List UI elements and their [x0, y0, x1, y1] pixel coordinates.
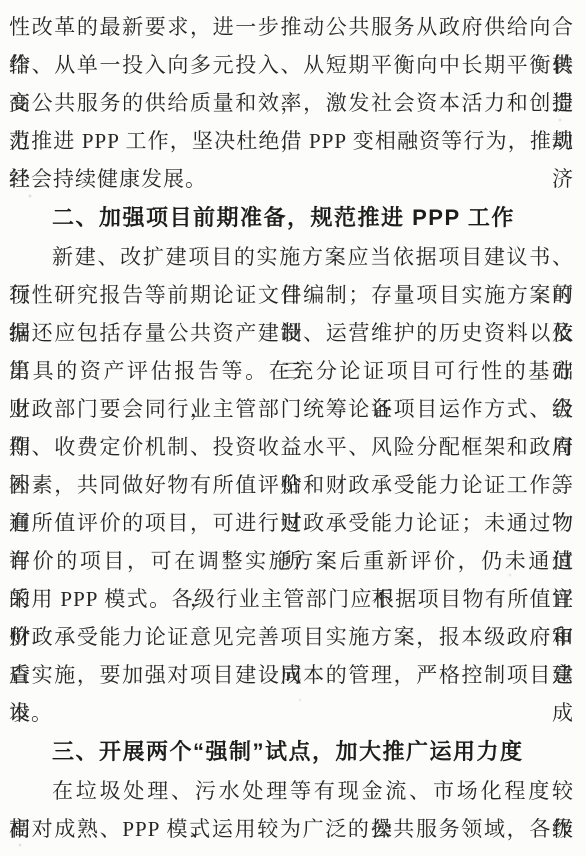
section-heading: 二、加强项目前期准备，规范推进 PPP 工作	[9, 198, 574, 238]
text-line: 性改革的最新要求，进一步推动公共服务从政府供给向合作供	[9, 8, 574, 46]
text-line: 给、从单一投入向多元投入、从短期平衡向中长期平衡转变，提	[9, 46, 574, 84]
text-line: 财政部门要会同行业主管部门统筹论证项目运作方式、合作周	[9, 390, 574, 428]
text-line: 相对成熟、PPP 模式运用较为广泛的公共服务领域，各级行业	[9, 810, 574, 848]
text-line: 财政承受能力论证意见完善项目实施方案，报本级政府审查同意	[9, 618, 574, 656]
text-line: 后实施，要加强对项目建设成本的管理，严格控制项目建设成	[9, 656, 574, 694]
text-line: 在垃圾处理、污水处理等有现金流、市场化程度较高、操作	[9, 772, 574, 810]
text-line: 高公共服务的供给质量和效率，激发社会资本活力和创造力，规	[9, 84, 574, 122]
text-line: 采用 PPP 模式。各级行业主管部门应根据项目物有所值评价和	[9, 580, 574, 618]
section-heading: 三、开展两个“强制”试点，加大推广运用力度	[9, 732, 574, 772]
document-page: 性改革的最新要求，进一步推动公共服务从政府供给向合作供 给、从单一投入向多元投入…	[0, 0, 586, 856]
text-line: 有所值评价的项目，可进行财政承受能力论证；未通过物有所值	[9, 504, 574, 542]
text-line: 期、收费定价机制、投资收益水平、风险分配框架和政府补贴等	[9, 428, 574, 466]
text-line: 出具的资产评估报告等。在充分论证项目可行性的基础上，各级	[9, 352, 574, 390]
text-line: 评价的项目，可在调整实施方案后重新评价，仍未通过的，不宜	[9, 542, 574, 580]
text-line: 行性研究报告等前期论证文件编制；存量项目实施方案的编制依	[9, 276, 574, 314]
text-line: 新建、改扩建项目的实施方案应当依据项目建议书、项目可	[9, 238, 574, 276]
text-line: 范推进 PPP 工作，坚决杜绝借 PPP 变相融资等行为，推动经济	[9, 122, 574, 160]
text-line: 据还应包括存量公共资产建设、运营维护的历史资料以及第三方	[9, 314, 574, 352]
text-line: 因素，共同做好物有所值评价和财政承受能力论证工作。通过物	[9, 466, 574, 504]
